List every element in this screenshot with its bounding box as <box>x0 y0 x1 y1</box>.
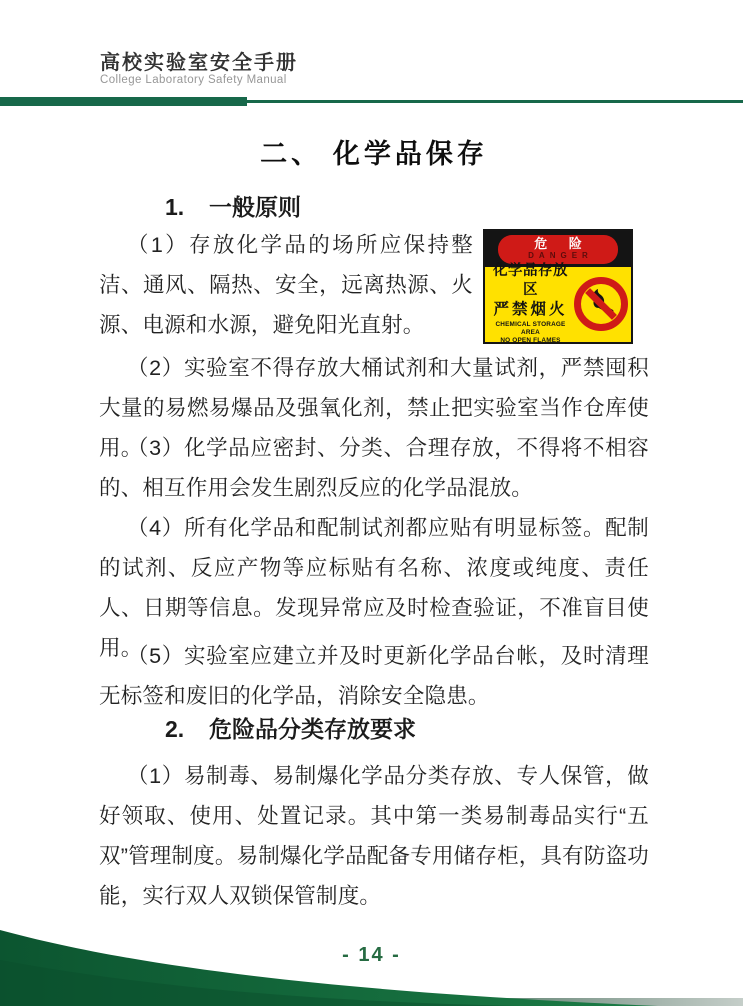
paragraph-3: （3）化学品应密封、分类、合理存放，不得将不相容的、相互作用会发生剧烈反应的化学… <box>99 428 649 508</box>
manual-subtitle: College Laboratory Safety Manual <box>100 74 287 86</box>
warning-sign-body: 化学品存放区 严禁烟火 CHEMICAL STORAGE AREA NO OPE… <box>485 267 631 340</box>
no-flames-en: NO OPEN FLAMES <box>487 337 574 345</box>
footer-decoration <box>0 926 743 1006</box>
danger-pill: 危 险 DANGER <box>498 235 618 264</box>
subsection-1-heading: 1.一般原则 <box>99 191 649 223</box>
manual-page: 高校实验室安全手册 College Laboratory Safety Manu… <box>0 0 743 1006</box>
subsection-2-number: 2. <box>165 713 209 745</box>
paragraph-1: （1）存放化学品的场所应保持整洁、通风、隔热、安全，远离热源、火源、电源和水源，… <box>99 225 473 345</box>
paragraph-6: （1）易制毒、易制爆化学品分类存放、专人保管，做好领取、使用、处置记录。其中第一… <box>99 756 649 916</box>
page: { "header": { "title": "高校实验室安全手册", "sub… <box>0 0 743 1006</box>
warning-sign-text: 化学品存放区 严禁烟火 CHEMICAL STORAGE AREA NO OPE… <box>487 262 574 345</box>
no-flames-cn: 严禁烟火 <box>487 300 574 319</box>
paragraph-5: （5）实验室应建立并及时更新化学品台帐，及时清理无标签和废旧的化学品，消除安全隐… <box>99 636 649 716</box>
header-rule-accent <box>0 97 247 106</box>
storage-area-cn: 化学品存放区 <box>487 262 574 300</box>
chemical-storage-warning-sign: 危 险 DANGER 化学品存放区 严禁烟火 CHEMICAL STORAGE … <box>483 229 633 344</box>
manual-title: 高校实验室安全手册 <box>100 46 298 75</box>
subsection-1-label: 一般原则 <box>209 194 301 220</box>
chapter-title: 二、 化学品保存 <box>99 136 649 172</box>
storage-area-en: CHEMICAL STORAGE AREA <box>487 321 574 337</box>
subsection-2-label: 危险品分类存放要求 <box>209 716 416 742</box>
danger-text-cn: 危 险 <box>498 236 618 251</box>
no-open-flames-icon <box>574 277 628 331</box>
subsection-2-heading: 2.危险品分类存放要求 <box>99 713 649 745</box>
danger-text-en: DANGER <box>498 251 618 260</box>
subsection-1-number: 1. <box>165 191 209 223</box>
